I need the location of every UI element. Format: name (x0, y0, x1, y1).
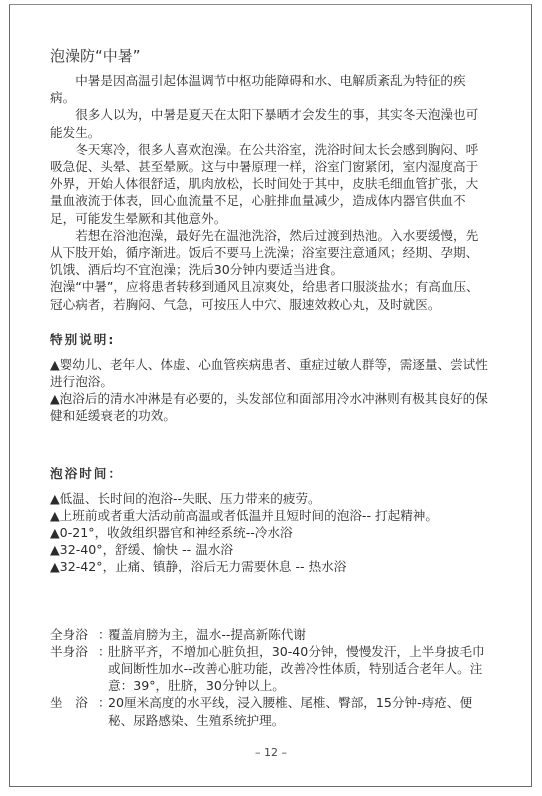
bath-time-item: ▲低温、长时间的泡浴--失眠、压力带来的疲劳。 (50, 490, 490, 507)
bath-type-row: 半身浴 ： 肚脐平齐，不增加心脏负担，30-40分钟，慢慢发汗，上半身披毛巾或间… (50, 643, 490, 695)
bath-time-item: ▲32-40°，舒缓、愉快 -- 温水浴 (50, 541, 490, 558)
bath-time-item: ▲0-21°，收敛组织器官和神经系统--冷水浴 (50, 524, 490, 541)
bath-time-item: ▲32-42°，止痛、镇静，浴后无力需要休息 -- 热水浴 (50, 558, 490, 575)
special-notes-heading: 特别说明: (50, 329, 490, 348)
bath-type-row: 坐 浴 ： 20厘米高度的水平线，浸入腰椎、尾椎、臀部，15分钟-痔疮、便秘、尿… (50, 694, 490, 728)
special-note-item: ▲泡浴后的清水冲淋是有必要的，头发部位和面部用冷水冲淋则有极其良好的保健和延缓衰… (50, 390, 490, 424)
bath-type-description: 肚脐平齐，不增加心脏负担，30-40分钟，慢慢发汗，上半身披毛巾或间断性加水--… (108, 643, 490, 695)
special-note-item: ▲婴幼儿、老年人、体虚、心血管疾病患者、重症过敏人群等，需逐量、尝试性进行泡浴。 (50, 356, 490, 390)
bath-type-label: 半身浴 (50, 643, 98, 695)
bath-time-heading: 泡浴时间： (50, 463, 490, 482)
intro-paragraph: 若想在浴池泡澡，最好先在温池洗浴，然后过渡到热池。入水要缓慢，先从下肢开始，循序… (50, 227, 490, 279)
page-content: 泡澡防“中暑” 中暑是因高温引起体温调节中枢功能障碍和水、电解质紊乱为特征的疾病… (50, 45, 490, 729)
bath-type-colon: ： (98, 643, 108, 695)
bath-type-label: 全身浴 (50, 626, 98, 643)
bath-type-description: 20厘米高度的水平线，浸入腰椎、尾椎、臀部，15分钟-痔疮、便秘、尿路感染、生殖… (108, 694, 490, 728)
bath-types-list: 全身浴 ： 覆盖肩膀为主，温水--提高新陈代谢 半身浴 ： 肚脐平齐，不增加心脏… (50, 626, 490, 729)
bath-type-row: 全身浴 ： 覆盖肩膀为主，温水--提高新陈代谢 (50, 626, 490, 643)
page-number: – 12 – (0, 746, 542, 759)
intro-paragraph: 冬天寒冷，很多人喜欢泡澡。在公共浴室，洗浴时间太长会感到胸闷、呼吸急促、头晕、甚… (50, 141, 490, 227)
intro-paragraph: 很多人以为，中暑是夏天在太阳下暴晒才会发生的事，其实冬天泡澡也可能发生。 (50, 106, 490, 140)
intro-paragraph: 中暑是因高温引起体温调节中枢功能障碍和水、电解质紊乱为特征的疾病。 (50, 72, 490, 106)
bath-type-colon: ： (98, 694, 108, 728)
first-aid-paragraph: 泡澡“中暑”，应将患者转移到通风且凉爽处，给患者口服淡盐水；有高血压、冠心病者，… (50, 278, 490, 312)
bath-type-description: 覆盖肩膀为主，温水--提高新陈代谢 (108, 626, 490, 643)
bath-time-item: ▲上班前或者重大活动前高温或者低温并且短时间的泡浴-- 打起精神。 (50, 507, 490, 524)
page-title: 泡澡防“中暑” (50, 45, 490, 66)
bath-type-colon: ： (98, 626, 108, 643)
bath-type-label: 坐 浴 (50, 694, 98, 728)
